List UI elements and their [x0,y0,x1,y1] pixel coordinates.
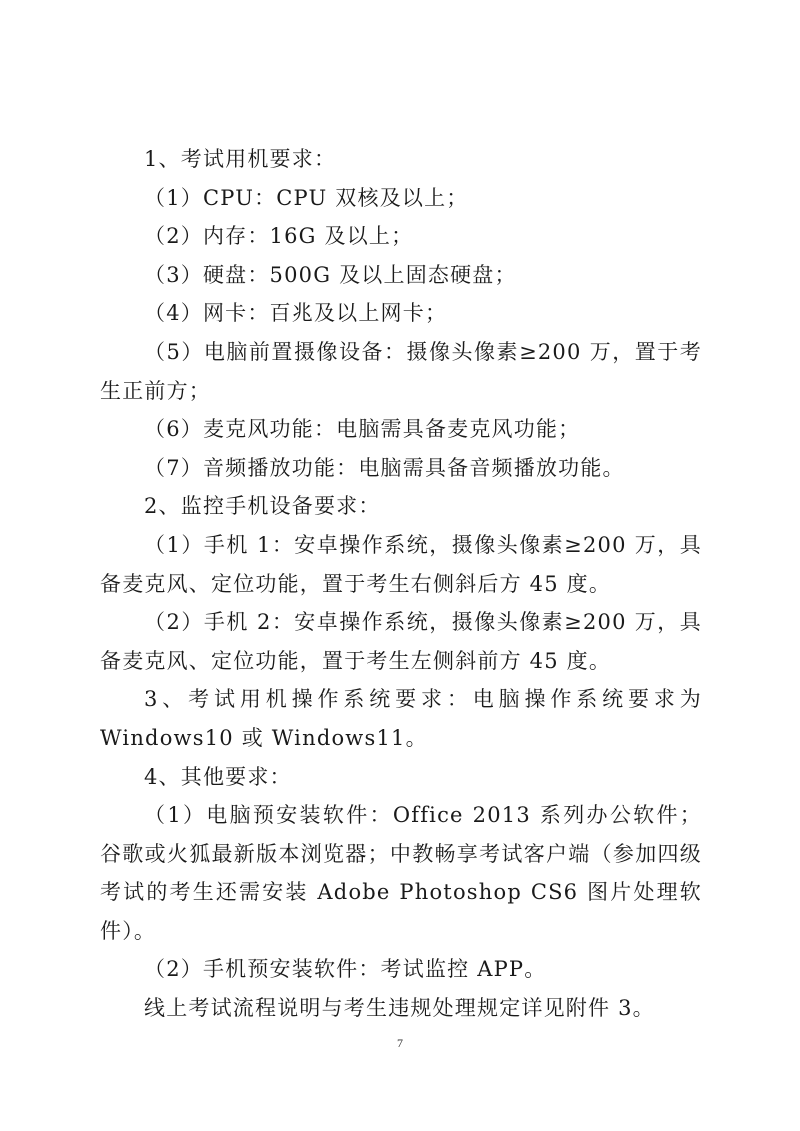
item-front-camera: （5）电脑前置摄像设备：摄像头像素≥200 万，置于考生正前方； [100,333,702,410]
item-phone-1: （1）手机 1：安卓操作系统，摄像头像素≥200 万，具备麦克风、定位功能，置于… [100,526,702,603]
section-2-heading: 2、监控手机设备要求： [100,487,702,526]
item-cpu: （1）CPU：CPU 双核及以上； [100,179,702,218]
item-memory: （2）内存：16G 及以上； [100,217,702,256]
section-3-os-requirements: 3、考试用机操作系统要求：电脑操作系统要求为 Windows10 或 Windo… [100,680,702,757]
item-phone-2: （2）手机 2：安卓操作系统，摄像头像素≥200 万，具备麦克风、定位功能，置于… [100,603,702,680]
item-network-card: （4）网卡：百兆及以上网卡； [100,294,702,333]
document-body: 1、考试用机要求： （1）CPU：CPU 双核及以上； （2）内存：16G 及以… [100,140,702,1028]
item-phone-software: （2）手机预安装软件：考试监控 APP。 [100,950,702,989]
item-pc-software: （1）电脑预安装软件：Office 2013 系列办公软件；谷歌或火狐最新版本浏… [100,796,702,950]
item-microphone: （6）麦克风功能：电脑需具备麦克风功能； [100,410,702,449]
section-1-heading: 1、考试用机要求： [100,140,702,179]
page-number: 7 [0,1036,800,1051]
item-audio-playback: （7）音频播放功能：电脑需具备音频播放功能。 [100,449,702,488]
item-disk: （3）硬盘：500G 及以上固态硬盘； [100,256,702,295]
closing-note: 线上考试流程说明与考生违规处理规定详见附件 3。 [100,989,702,1028]
section-4-heading: 4、其他要求： [100,758,702,797]
